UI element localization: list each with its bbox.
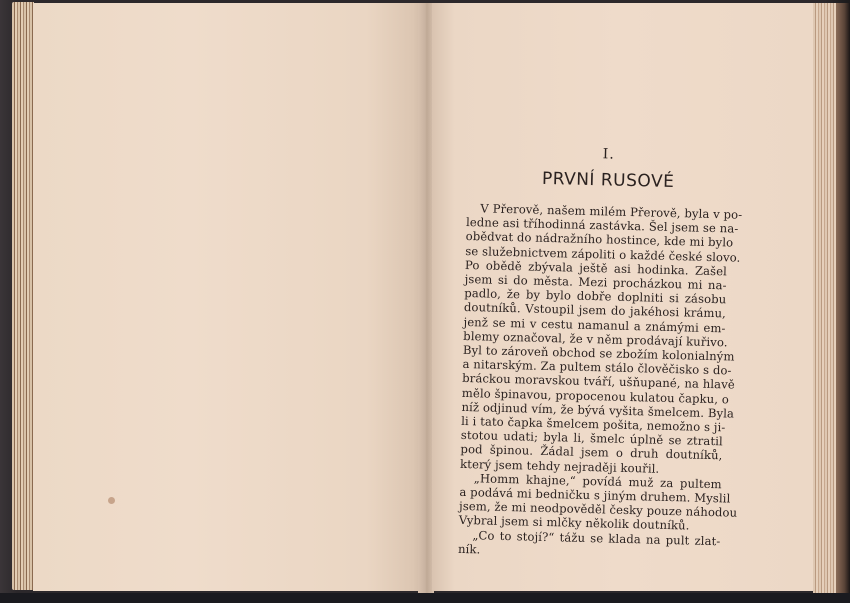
book-cover-edge: [836, 3, 850, 593]
left-page-blank: [33, 3, 425, 591]
chapter-title: PRVNÍ RUSOVÉ: [487, 167, 729, 193]
right-page-text: I. PRVNÍ RUSOVÉ V Přerově, našem milém P…: [458, 143, 730, 562]
right-page-edges: [813, 3, 837, 593]
bottom-shadow: [0, 593, 850, 603]
left-page-edges: [12, 2, 34, 590]
chapter-body: V Přerově, našem milém Přerově, byla v p…: [458, 201, 729, 562]
paper-stain: [108, 497, 115, 504]
